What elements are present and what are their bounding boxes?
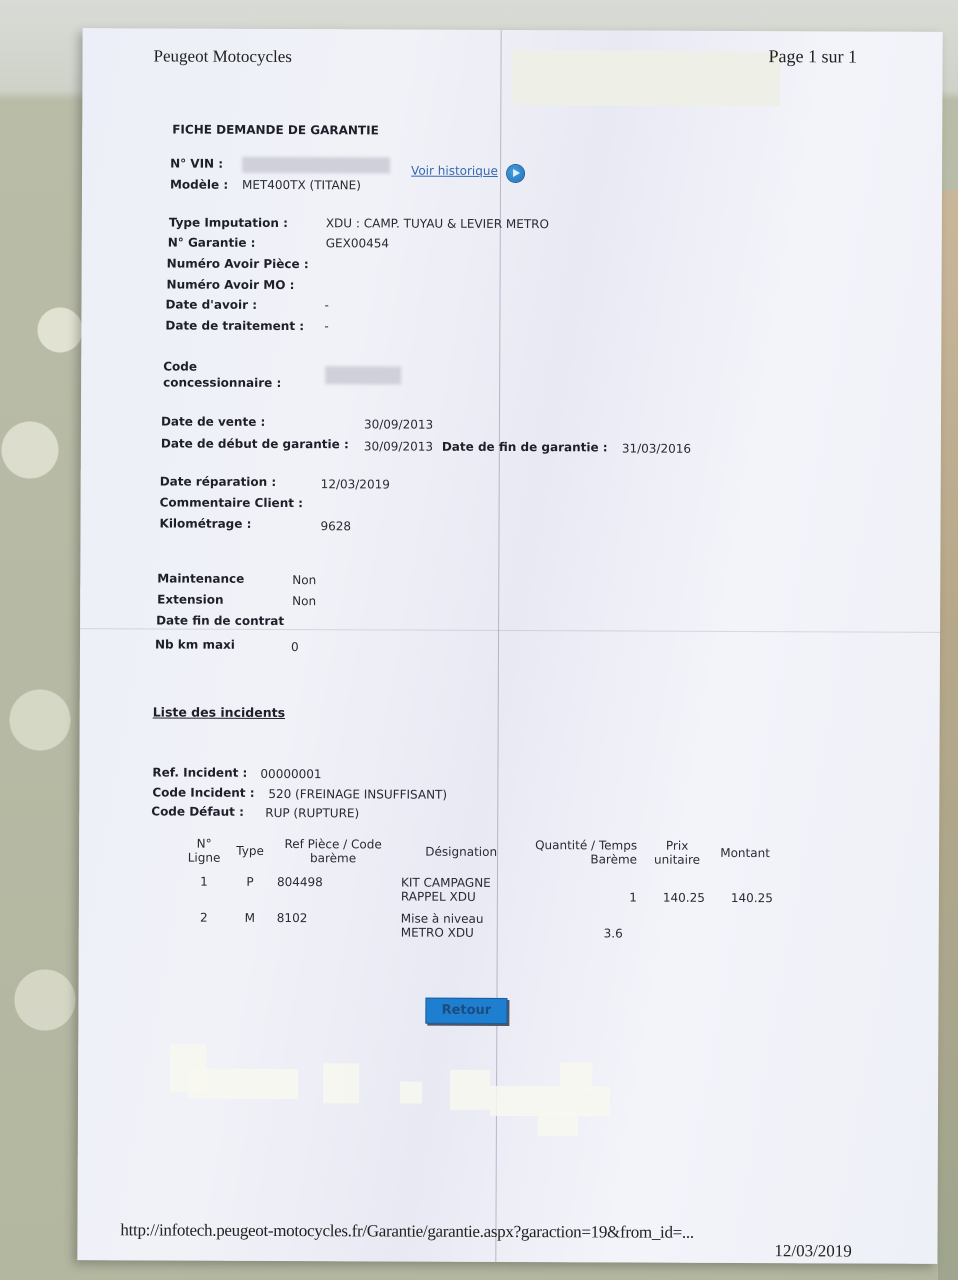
tape-redaction (560, 1062, 592, 1090)
vin-value-redacted (242, 157, 390, 174)
fin-garantie-value: 31/03/2016 (622, 441, 691, 455)
extension-value: Non (292, 594, 316, 608)
extension-label: Extension (157, 592, 223, 606)
back-button[interactable]: Retour (425, 998, 507, 1024)
type-imputation-label: Type Imputation : (169, 216, 288, 231)
cell-amount (711, 909, 779, 945)
redacted-area (512, 50, 780, 106)
footer-date: 12/03/2019 (774, 1241, 852, 1261)
col-amount: Montant (711, 839, 779, 873)
tape-redaction (188, 1069, 298, 1099)
fold-line-vertical (495, 30, 501, 1262)
incidents-section-title: Liste des incidents (153, 704, 285, 720)
cell-type: P (229, 871, 271, 907)
footer-url: http://infotech.peugeot-motocycles.fr/Ga… (120, 1220, 693, 1243)
date-traitement-label: Date de traitement : (165, 318, 304, 333)
tape-redaction (323, 1063, 359, 1103)
code-defaut-value: RUP (RUPTURE) (265, 806, 359, 820)
fin-garantie-label: Date de fin de garantie : (442, 440, 608, 455)
col-unit-price: Prixunitaire (643, 839, 711, 873)
tape-redaction (400, 1082, 422, 1104)
play-arrow-icon[interactable] (507, 165, 524, 182)
cell-designation: Mise à niveauMETRO XDU (395, 908, 503, 944)
vin-label: N° VIN : (170, 157, 223, 171)
company-header: Peugeot Motocycles (154, 46, 292, 67)
cell-unit-price (643, 909, 711, 945)
cell-designation: KIT CAMPAGNERAPPEL XDU (395, 872, 503, 908)
garantie-value: GEX00454 (326, 236, 389, 250)
date-vente-value: 30/09/2013 (364, 417, 433, 431)
form-title: FICHE DEMANDE DE GARANTIE (172, 123, 379, 138)
table-header-row: N°Ligne Type Ref Pièce / Codebarème Dési… (179, 837, 779, 874)
model-value: MET400TX (TITANE) (242, 178, 361, 193)
cell-unit-price: 140.25 (643, 873, 711, 909)
cell-ref: 804498 (271, 871, 395, 908)
code-concessionnaire-label-1: Code (163, 359, 197, 373)
date-vente-label: Date de vente : (161, 414, 265, 428)
history-link[interactable]: Voir historique (411, 164, 498, 178)
cell-quantity: 3.6 (503, 908, 643, 945)
cell-type: M (229, 907, 271, 943)
code-incident-value: 520 (FREINAGE INSUFFISANT) (268, 787, 447, 802)
ref-incident-label: Ref. Incident : (152, 765, 247, 779)
date-avoir-value: - (324, 298, 328, 312)
code-incident-label: Code Incident : (152, 785, 254, 799)
col-line-number: N°Ligne (179, 837, 229, 871)
maintenance-label: Maintenance (157, 571, 244, 585)
nb-km-label: Nb km maxi (155, 637, 235, 651)
printed-document: Peugeot Motocycles Page 1 sur 1 FICHE DE… (77, 28, 942, 1264)
garantie-label: N° Garantie : (168, 236, 256, 250)
tape-redaction (450, 1070, 490, 1110)
debut-garantie-value: 30/09/2013 (364, 439, 433, 453)
commentaire-label: Commentaire Client : (160, 495, 303, 510)
nb-km-value: 0 (291, 640, 299, 654)
date-avoir-label: Date d'avoir : (165, 297, 257, 311)
avoir-piece-label: Numéro Avoir Pièce : (167, 256, 309, 271)
col-designation: Désignation (395, 838, 503, 872)
col-type: Type (229, 837, 271, 871)
maintenance-value: Non (292, 573, 316, 587)
table-row: 1 P 804498 KIT CAMPAGNERAPPEL XDU 1 140.… (179, 871, 779, 910)
cell-ref: 8102 (271, 907, 395, 944)
date-reparation-label: Date réparation : (160, 474, 277, 489)
tape-redaction (538, 1110, 578, 1136)
col-ref: Ref Pièce / Codebarème (271, 837, 395, 872)
type-imputation-value: XDU : CAMP. TUYAU & LEVIER METRO (326, 216, 549, 231)
fold-line-horizontal (80, 628, 940, 633)
table-row: 2 M 8102 Mise à niveauMETRO XDU 3.6 (179, 907, 779, 946)
cell-line: 1 (179, 871, 229, 907)
debut-garantie-label: Date de début de garantie : (161, 436, 349, 451)
dealer-code-redacted (325, 366, 401, 384)
model-label: Modèle : (170, 178, 228, 192)
date-reparation-value: 12/03/2019 (321, 477, 390, 491)
cell-line: 2 (179, 907, 229, 943)
kilometrage-label: Kilométrage : (160, 516, 252, 530)
code-concessionnaire-label-2: concessionnaire : (163, 375, 281, 390)
page-indicator: Page 1 sur 1 (769, 46, 858, 67)
col-quantity: Quantité / TempsBarème (503, 838, 643, 873)
date-traitement-value: - (324, 319, 328, 333)
code-defaut-label: Code Défaut : (151, 804, 244, 818)
fin-contrat-label: Date fin de contrat (156, 613, 284, 628)
incident-lines-table: N°Ligne Type Ref Pièce / Codebarème Dési… (179, 837, 779, 946)
cell-amount: 140.25 (711, 873, 779, 909)
ref-incident-value: 00000001 (260, 767, 321, 781)
cell-quantity: 1 (503, 872, 643, 909)
kilometrage-value: 9628 (320, 519, 351, 533)
avoir-mo-label: Numéro Avoir MO : (167, 277, 295, 292)
